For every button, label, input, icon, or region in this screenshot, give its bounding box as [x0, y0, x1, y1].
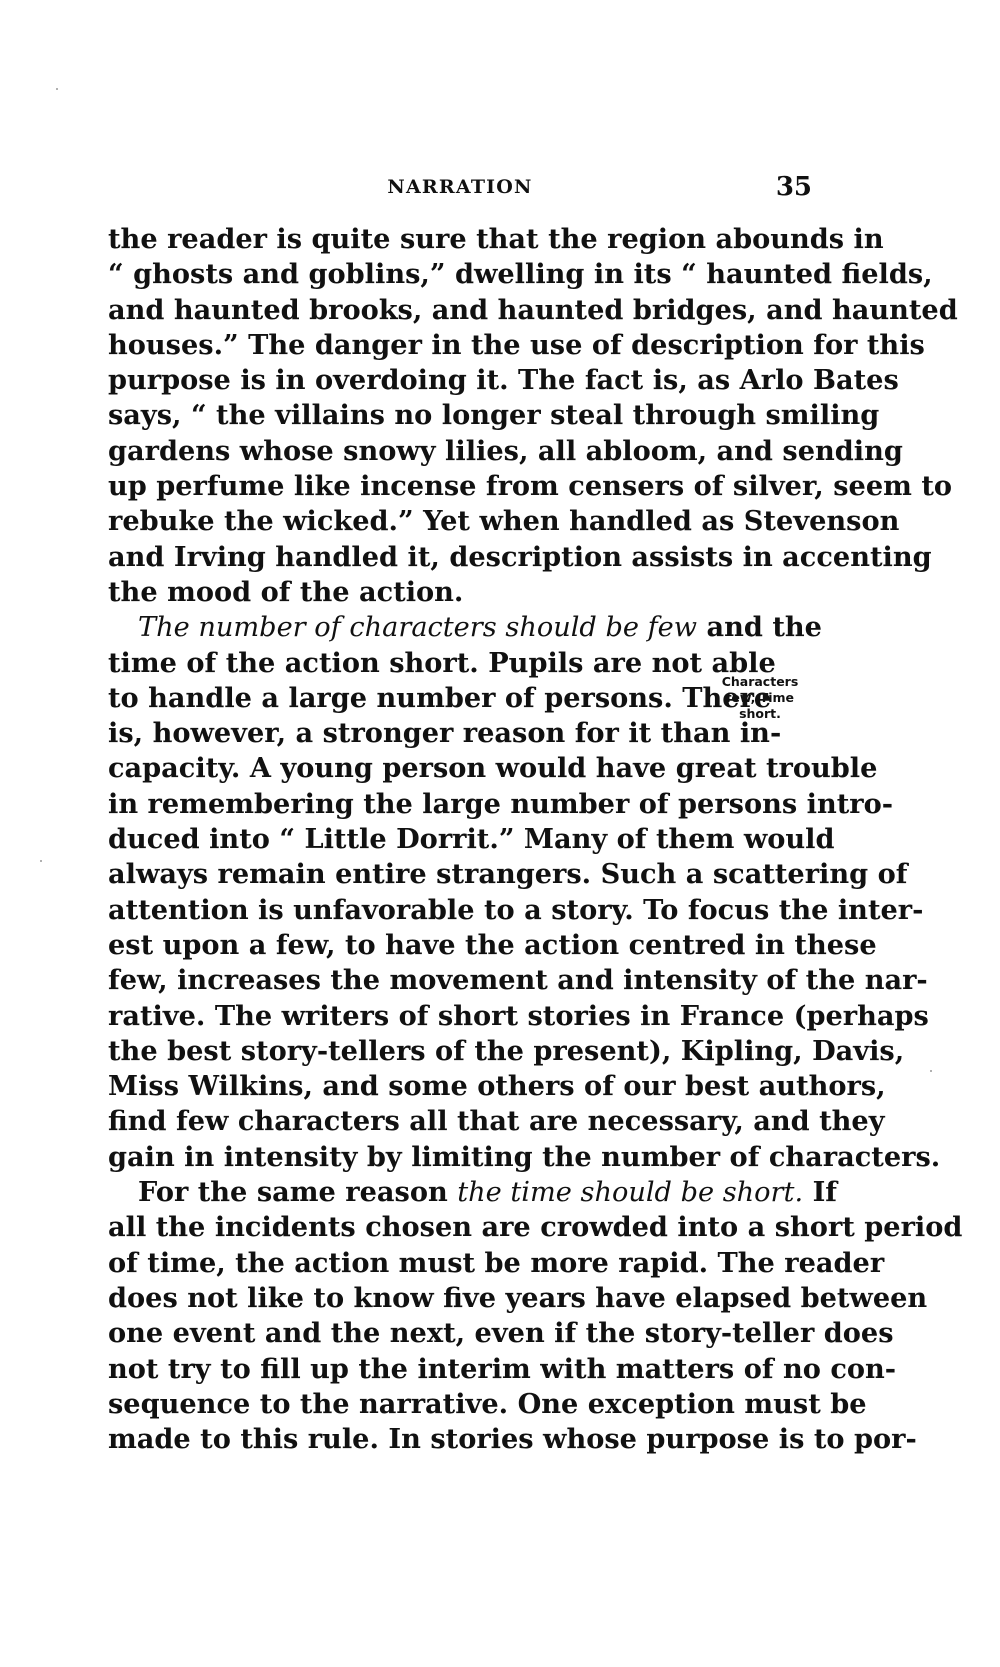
text-line: duced into “ Little Dorrit.” Many of the…: [108, 822, 812, 857]
text-line: For the same reason the time should be s…: [108, 1175, 812, 1210]
text-line: always remain entire strangers. Such a s…: [108, 857, 812, 892]
page-number: 35: [776, 172, 812, 202]
paragraph-3: For the same reason the time should be s…: [108, 1175, 812, 1457]
scan-speck: [930, 1070, 932, 1072]
text-line: one event and the next, even if the stor…: [108, 1316, 812, 1351]
text-line: rative. The writers of short stories in …: [108, 999, 812, 1034]
text-line: few, increases the movement and intensit…: [108, 963, 812, 998]
text-line: rebuke the wicked.” Yet when handled as …: [108, 504, 812, 539]
text-line: says, “ the villains no longer steal thr…: [108, 398, 812, 433]
text-line: up perfume like incense from censers of …: [108, 469, 812, 504]
text-line: sequence to the narrative. One exception…: [108, 1387, 812, 1422]
text-line: is, however, a stronger reason for it th…: [108, 716, 680, 751]
text-line: to handle a large number of persons. The…: [108, 681, 680, 716]
text-line: made to this rule. In stories whose purp…: [108, 1422, 812, 1457]
body-text: the reader is quite sure that the region…: [108, 222, 812, 1457]
text-line: purpose is in overdoing it. The fact is,…: [108, 363, 812, 398]
text-run: For the same reason: [138, 1176, 457, 1208]
text-line: of time, the action must be more rapid. …: [108, 1246, 812, 1281]
text-line: attention is unfavorable to a story. To …: [108, 893, 812, 928]
text-line: in remembering the large number of perso…: [108, 787, 812, 822]
text-run: and the: [697, 611, 822, 643]
running-head: NARRATION: [108, 176, 812, 198]
text-run: If: [803, 1176, 837, 1208]
text-line: capacity. A young person would have grea…: [108, 751, 812, 786]
text-line: The number of characters should be few a…: [108, 610, 812, 645]
emphasis: The number of characters should be few: [138, 612, 697, 643]
text-line: “ ghosts and goblins,” dwelling in its “…: [108, 257, 812, 292]
scan-speck: [40, 860, 42, 862]
text-line: the best story-tellers of the present), …: [108, 1034, 812, 1069]
text-line: the reader is quite sure that the region…: [108, 222, 812, 257]
scan-speck: [56, 88, 58, 90]
paragraph-1: the reader is quite sure that the region…: [108, 222, 812, 610]
text-line: does not like to know five years have el…: [108, 1281, 812, 1316]
emphasis: the time should be short.: [457, 1177, 803, 1208]
text-line: not try to fill up the interim with matt…: [108, 1352, 812, 1387]
page-header: NARRATION 35: [108, 176, 812, 206]
text-line: gain in intensity by limiting the number…: [108, 1140, 812, 1175]
text-line: gardens whose snowy lilies, all abloom, …: [108, 434, 812, 469]
text-line: find few characters all that are necessa…: [108, 1104, 812, 1139]
text-line: est upon a few, to have the action centr…: [108, 928, 812, 963]
text-line: Miss Wilkins, and some others of our bes…: [108, 1069, 812, 1104]
text-line: and haunted brooks, and haunted bridges,…: [108, 293, 812, 328]
text-line: and Irving handled it, description assis…: [108, 540, 812, 575]
paragraph-2: The number of characters should be few a…: [108, 610, 812, 1175]
text-line: all the incidents chosen are crowded int…: [108, 1210, 812, 1245]
text-line: the mood of the action.: [108, 575, 812, 610]
text-line: time of the action short. Pupils are not…: [108, 646, 680, 681]
text-line: houses.” The danger in the use of descri…: [108, 328, 812, 363]
